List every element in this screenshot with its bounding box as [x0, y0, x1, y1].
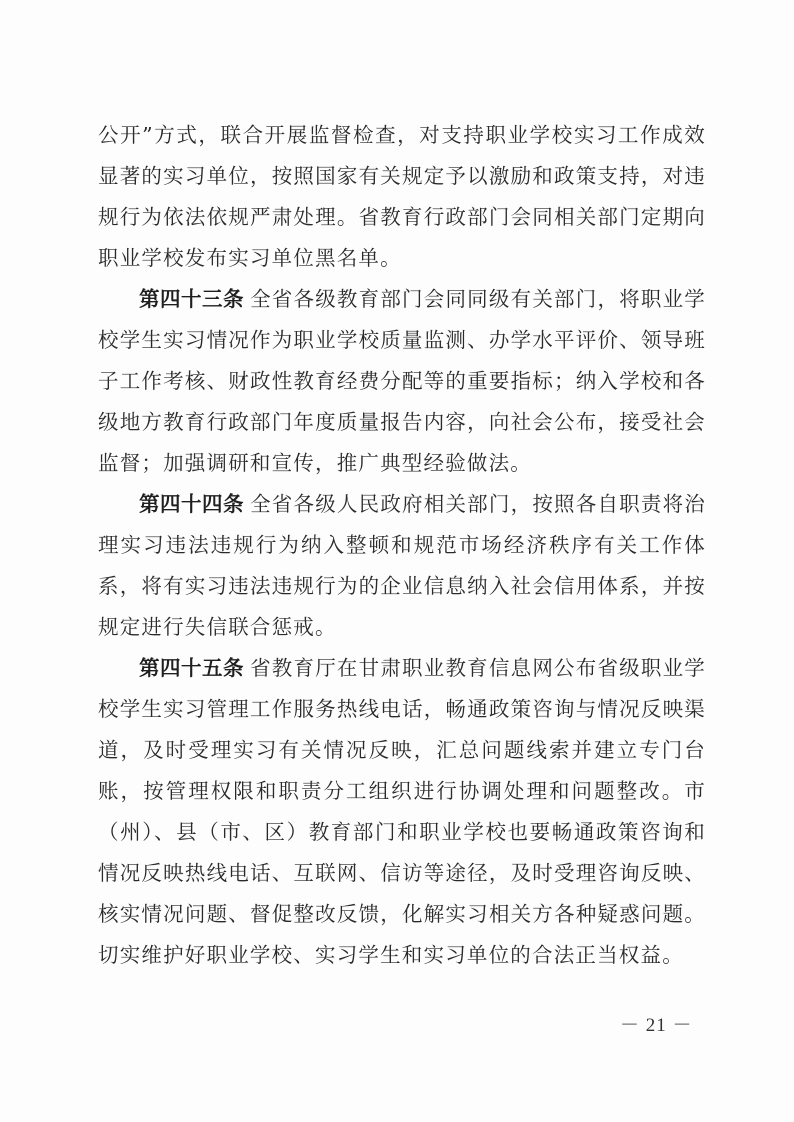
paragraph-text: 省教育厅在甘肃职业教育信息网公布省级职业学校学生实习管理工作服务热线电话，畅通政…: [98, 656, 706, 967]
paragraph-continuation: 公开”方式，联合开展监督检查，对支持职业学校实习工作成效显著的实习单位，按照国家…: [98, 115, 706, 279]
page-number: － 21 －: [620, 1010, 693, 1037]
paragraph-text: 公开”方式，联合开展监督检查，对支持职业学校实习工作成效显著的实习单位，按照国家…: [98, 123, 706, 270]
article-number: 第四十五条: [139, 656, 244, 680]
paragraph-text: 全省各级教育部门会同同级有关部门，将职业学校学生实习情况作为职业学校质量监测、办…: [98, 287, 706, 475]
article-45: 第四十五条省教育厅在甘肃职业教育信息网公布省级职业学校学生实习管理工作服务热线电…: [98, 648, 706, 976]
article-number: 第四十三条: [139, 287, 244, 311]
article-43: 第四十三条全省各级教育部门会同同级有关部门，将职业学校学生实习情况作为职业学校质…: [98, 279, 706, 484]
article-44: 第四十四条全省各级人民政府相关部门，按照各自职责将治理实习违法违规行为纳入整顿和…: [98, 484, 706, 648]
article-number: 第四十四条: [139, 492, 244, 516]
document-page-body: 公开”方式，联合开展监督检查，对支持职业学校实习工作成效显著的实习单位，按照国家…: [98, 115, 706, 976]
